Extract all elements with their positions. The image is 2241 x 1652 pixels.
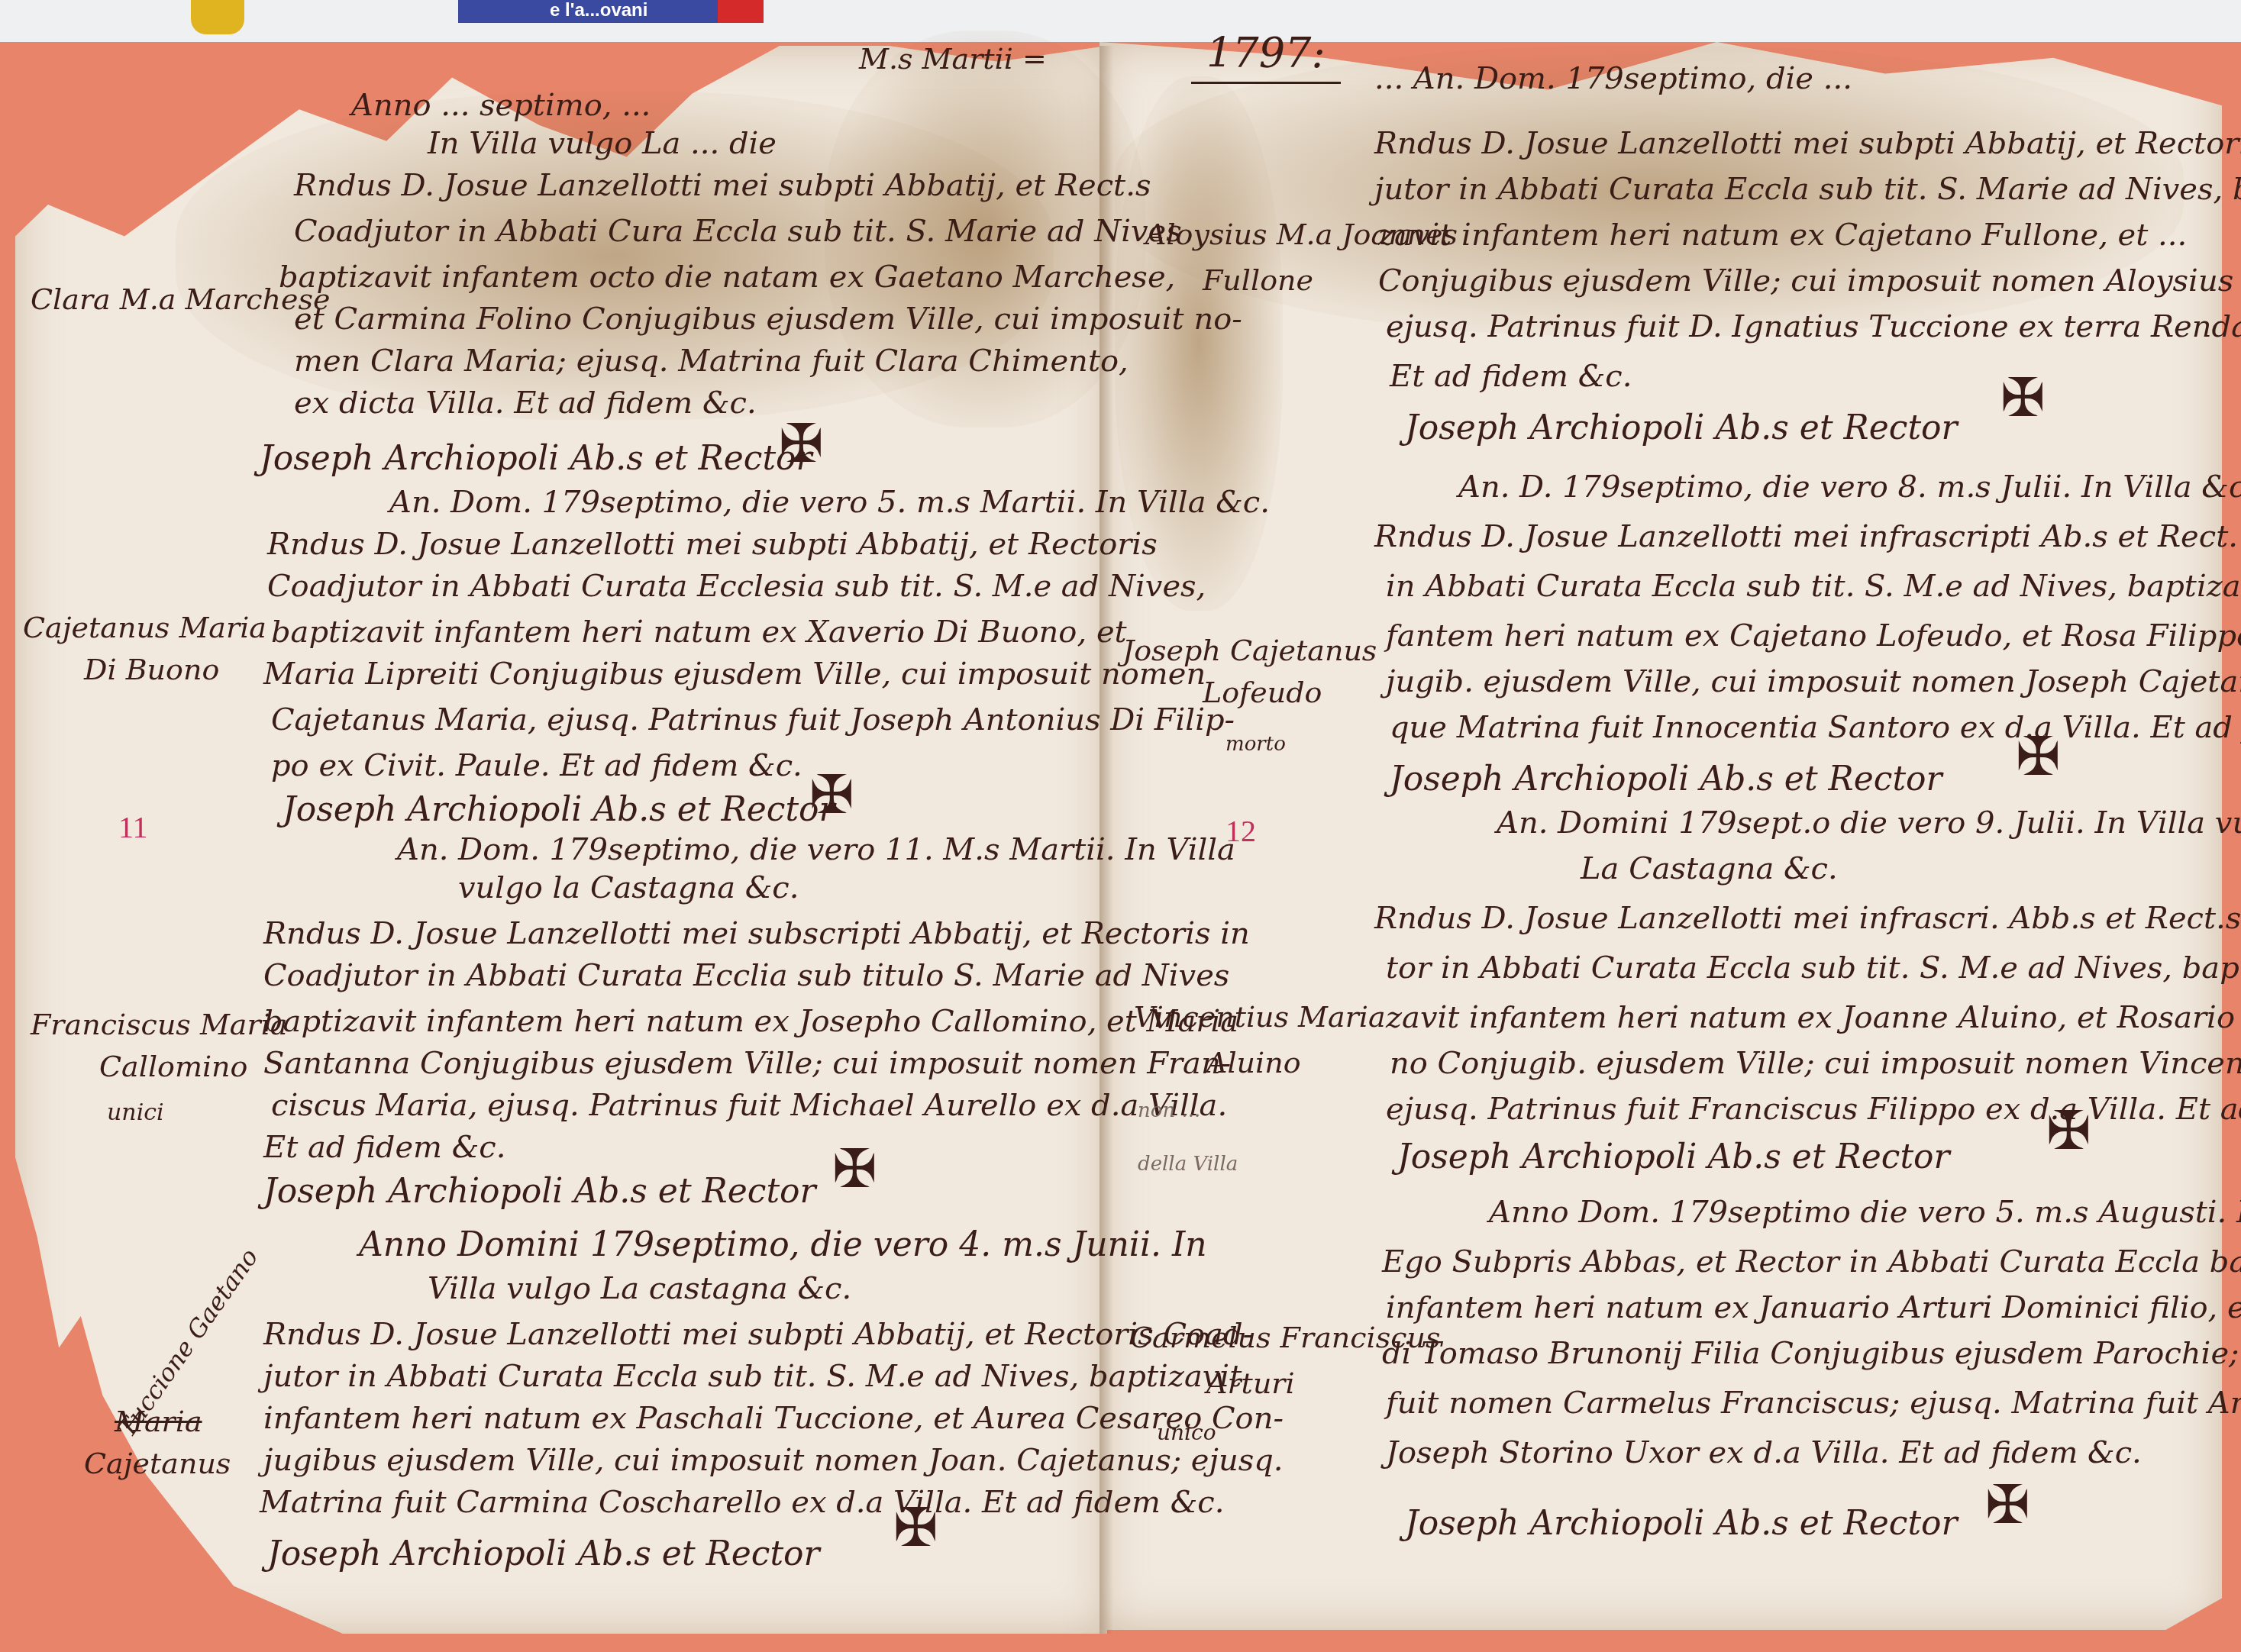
entry-line: que Matrina fuit Innocentia Santoro ex d…: [1390, 710, 2241, 745]
margin-name: Joseph Cajetanus: [1122, 634, 1377, 667]
entry-line: baptizavit infantem octo die natam ex Ga…: [279, 260, 1175, 295]
year-header: 1797:: [1191, 29, 1341, 84]
margin-note: unico: [1157, 1420, 1216, 1445]
margin-name: Vincentius Maria: [1134, 1000, 1386, 1034]
signature-flourish-icon: ✠: [1985, 1473, 2030, 1536]
entry-line: infantem heri natum ex Paschali Tuccione…: [263, 1401, 1284, 1436]
entry-line: Coadjutor in Abbati Curata Ecclia sub ti…: [263, 958, 1229, 993]
priest-signature: Joseph Archiopoli Ab.s et Rector: [1405, 408, 1958, 447]
margin-note: unici: [107, 1099, 164, 1126]
signature-flourish-icon: ✠: [779, 412, 824, 475]
entry-line: baptizavit infantem heri natum ex Xaveri…: [271, 615, 1127, 650]
entry-line: Coadjutor in Abbati Curata Ecclesia sub …: [267, 569, 1206, 604]
entry-line: vulgo la Castagna &c.: [458, 870, 799, 905]
margin-name: Aluino: [1206, 1046, 1301, 1079]
margin-name: Arturi: [1206, 1366, 1295, 1400]
entry-line: baptizavit infantem heri natum ex Joseph…: [263, 1004, 1238, 1039]
entry-line: men Clara Maria; ejusq. Matrina fuit Cla…: [294, 344, 1129, 379]
entry-line: ciscus Maria, ejusq. Patrinus fuit Micha…: [271, 1088, 1227, 1123]
entry-line: La Castagna &c.: [1581, 851, 1838, 886]
entry-line: Rndus D. Josue Lanzellotti mei subpti Ab…: [263, 1317, 1253, 1352]
entry-line: Maria Lipreiti Conjugibus ejusdem Ville,…: [263, 657, 1206, 692]
entry-line: In Villa vulgo La ... die: [428, 126, 777, 161]
margin-note: non ...: [1138, 1099, 1200, 1122]
entry-line: no Conjugib. ejusdem Ville; cui imposuit…: [1390, 1046, 2241, 1081]
entry-line: et Carmina Folino Conjugibus ejusdem Vil…: [294, 302, 1242, 337]
entry-line: infantem heri natum ex Januario Arturi D…: [1386, 1290, 2241, 1325]
entry-line: jugibus ejusdem Ville, cui imposuit nome…: [263, 1443, 1284, 1478]
entry-line: Santanna Conjugibus ejusdem Ville; cui i…: [263, 1046, 1231, 1081]
signature-flourish-icon: ✠: [893, 1496, 938, 1559]
folio-number: 11: [118, 809, 148, 845]
entry-line: tor in Abbati Curata Eccla sub tit. S. M…: [1386, 950, 2241, 986]
entry-line: Ego Subpris Abbas, et Rector in Abbati C…: [1382, 1244, 2241, 1279]
entry-line: zavit infantem heri natum ex Cajetano Fu…: [1378, 218, 2187, 253]
signature-flourish-icon: ✠: [2046, 1099, 2091, 1162]
priest-signature: Joseph Archiopoli Ab.s et Rector: [1390, 760, 1942, 799]
entry-line: Cajetanus Maria, ejusq. Patrinus fuit Jo…: [271, 702, 1235, 737]
entry-line: jutor in Abbati Curata Eccla sub tit. S.…: [263, 1359, 1242, 1394]
entry-line: fantem heri natum ex Cajetano Lofeudo, e…: [1386, 618, 2241, 653]
entry-line: ... An. Dom. 179septimo, die ...: [1374, 61, 1852, 96]
priest-signature: Joseph Archiopoli Ab.s et Rector: [1397, 1137, 1950, 1176]
entry-line: Rndus D. Josue Lanzellotti mei infrascri…: [1374, 519, 2241, 554]
entry-line: An. Dom. 179septimo, die vero 5. m.s Mar…: [389, 485, 1270, 520]
margin-name: Cajetanus: [84, 1447, 231, 1480]
entry-line: po ex Civit. Paule. Et ad fidem &c.: [271, 748, 802, 783]
entry-line: Anno ... septimo, ...: [351, 88, 651, 123]
margin-name: Fullone: [1203, 263, 1313, 297]
priest-signature: Joseph Archiopoli Ab.s et Rector: [260, 439, 812, 478]
entry-line: Rndus D. Josue Lanzellotti mei subpti Ab…: [1374, 126, 2241, 161]
entry-line: Joseph Storino Uxor ex d.a Villa. Et ad …: [1386, 1435, 2142, 1470]
entry-line: in Abbati Curata Eccla sub tit. S. M.e a…: [1386, 569, 2241, 604]
entry-line: An. Domini 179sept.o die vero 9. Julii. …: [1497, 805, 2241, 841]
margin-name: Cajetanus Maria: [23, 611, 266, 644]
entry-line: fuit nomen Carmelus Franciscus; ejusq. M…: [1386, 1386, 2241, 1421]
signature-flourish-icon: ✠: [2000, 366, 2046, 429]
entry-line: Anno Domini 179septimo, die vero 4. m.s …: [359, 1225, 1207, 1264]
entry-line: Rndus D. Josue Lanzellotti mei subpti Ab…: [294, 168, 1151, 203]
margin-name: Franciscus Maria: [31, 1008, 287, 1041]
entry-line: Rndus D. Josue Lanzellotti mei subpti Ab…: [267, 527, 1158, 562]
entry-line: Et ad fidem &c.: [263, 1130, 505, 1165]
signature-flourish-icon: ✠: [809, 763, 854, 826]
signature-flourish-icon: ✠: [832, 1137, 877, 1200]
priest-signature: Joseph Archiopoli Ab.s et Rector: [267, 1534, 820, 1573]
signature-flourish-icon: ✠: [2016, 725, 2061, 788]
entry-line: Et ad fidem &c.: [1390, 359, 1632, 394]
entry-line: zavit infantem heri natum ex Joanne Alui…: [1386, 1000, 2241, 1035]
priest-signature: Joseph Archiopoli Ab.s et Rector: [263, 1172, 816, 1211]
entry-line: Villa vulgo La castagna &c.: [428, 1271, 851, 1306]
entry-line: An. D. 179septimo, die vero 8. m.s Julii…: [1458, 469, 2241, 505]
priest-signature: Joseph Archiopoli Ab.s et Rector: [283, 790, 835, 829]
folio-number: 12: [1225, 813, 1256, 849]
entry-line: Rndus D. Josue Lanzellotti mei subscript…: [263, 916, 1250, 951]
entry-line: Matrina fuit Carmina Coscharello ex d.a …: [260, 1485, 1224, 1520]
entry-line: jugib. ejusdem Ville, cui imposuit nomen…: [1386, 664, 2241, 699]
margin-name: Lofeudo: [1203, 676, 1322, 709]
background-poster: e l'a...ovani: [458, 0, 718, 23]
entry-line: Conjugibus ejusdem Ville; cui imposuit n…: [1378, 263, 2241, 298]
entry-line: ejusq. Patrinus fuit D. Ignatius Tuccion…: [1386, 309, 2241, 344]
entry-line: Coadjutor in Abbati Cura Eccla sub tit. …: [294, 214, 1182, 249]
entry-line: jutor in Abbati Curata Eccla sub tit. S.…: [1374, 172, 2241, 207]
entry-line: ex dicta Villa. Et ad fidem &c.: [294, 386, 757, 421]
margin-name: Callomino: [99, 1050, 247, 1083]
entry-line: An. Dom. 179septimo, die vero 11. M.s Ma…: [397, 832, 1235, 867]
top-fragment: M.s Martii =: [859, 42, 1047, 76]
margin-note: morto: [1225, 733, 1286, 756]
entry-line: Rndus D. Josue Lanzellotti mei infrascri…: [1374, 901, 2241, 936]
margin-name: Maria: [115, 1405, 202, 1438]
margin-name: Di Buono: [84, 653, 219, 686]
entry-line: di Tomaso Brunonij Filia Conjugibus ejus…: [1382, 1336, 2241, 1371]
entry-line: ejusq. Patrinus fuit Franciscus Filippo …: [1386, 1092, 2241, 1127]
background-yellow-tassel: [191, 0, 244, 34]
margin-note: della Villa: [1138, 1153, 1238, 1176]
entry-line: Anno Dom. 179septimo die vero 5. m.s Aug…: [1489, 1195, 2241, 1230]
priest-signature: Joseph Archiopoli Ab.s et Rector: [1405, 1504, 1958, 1543]
